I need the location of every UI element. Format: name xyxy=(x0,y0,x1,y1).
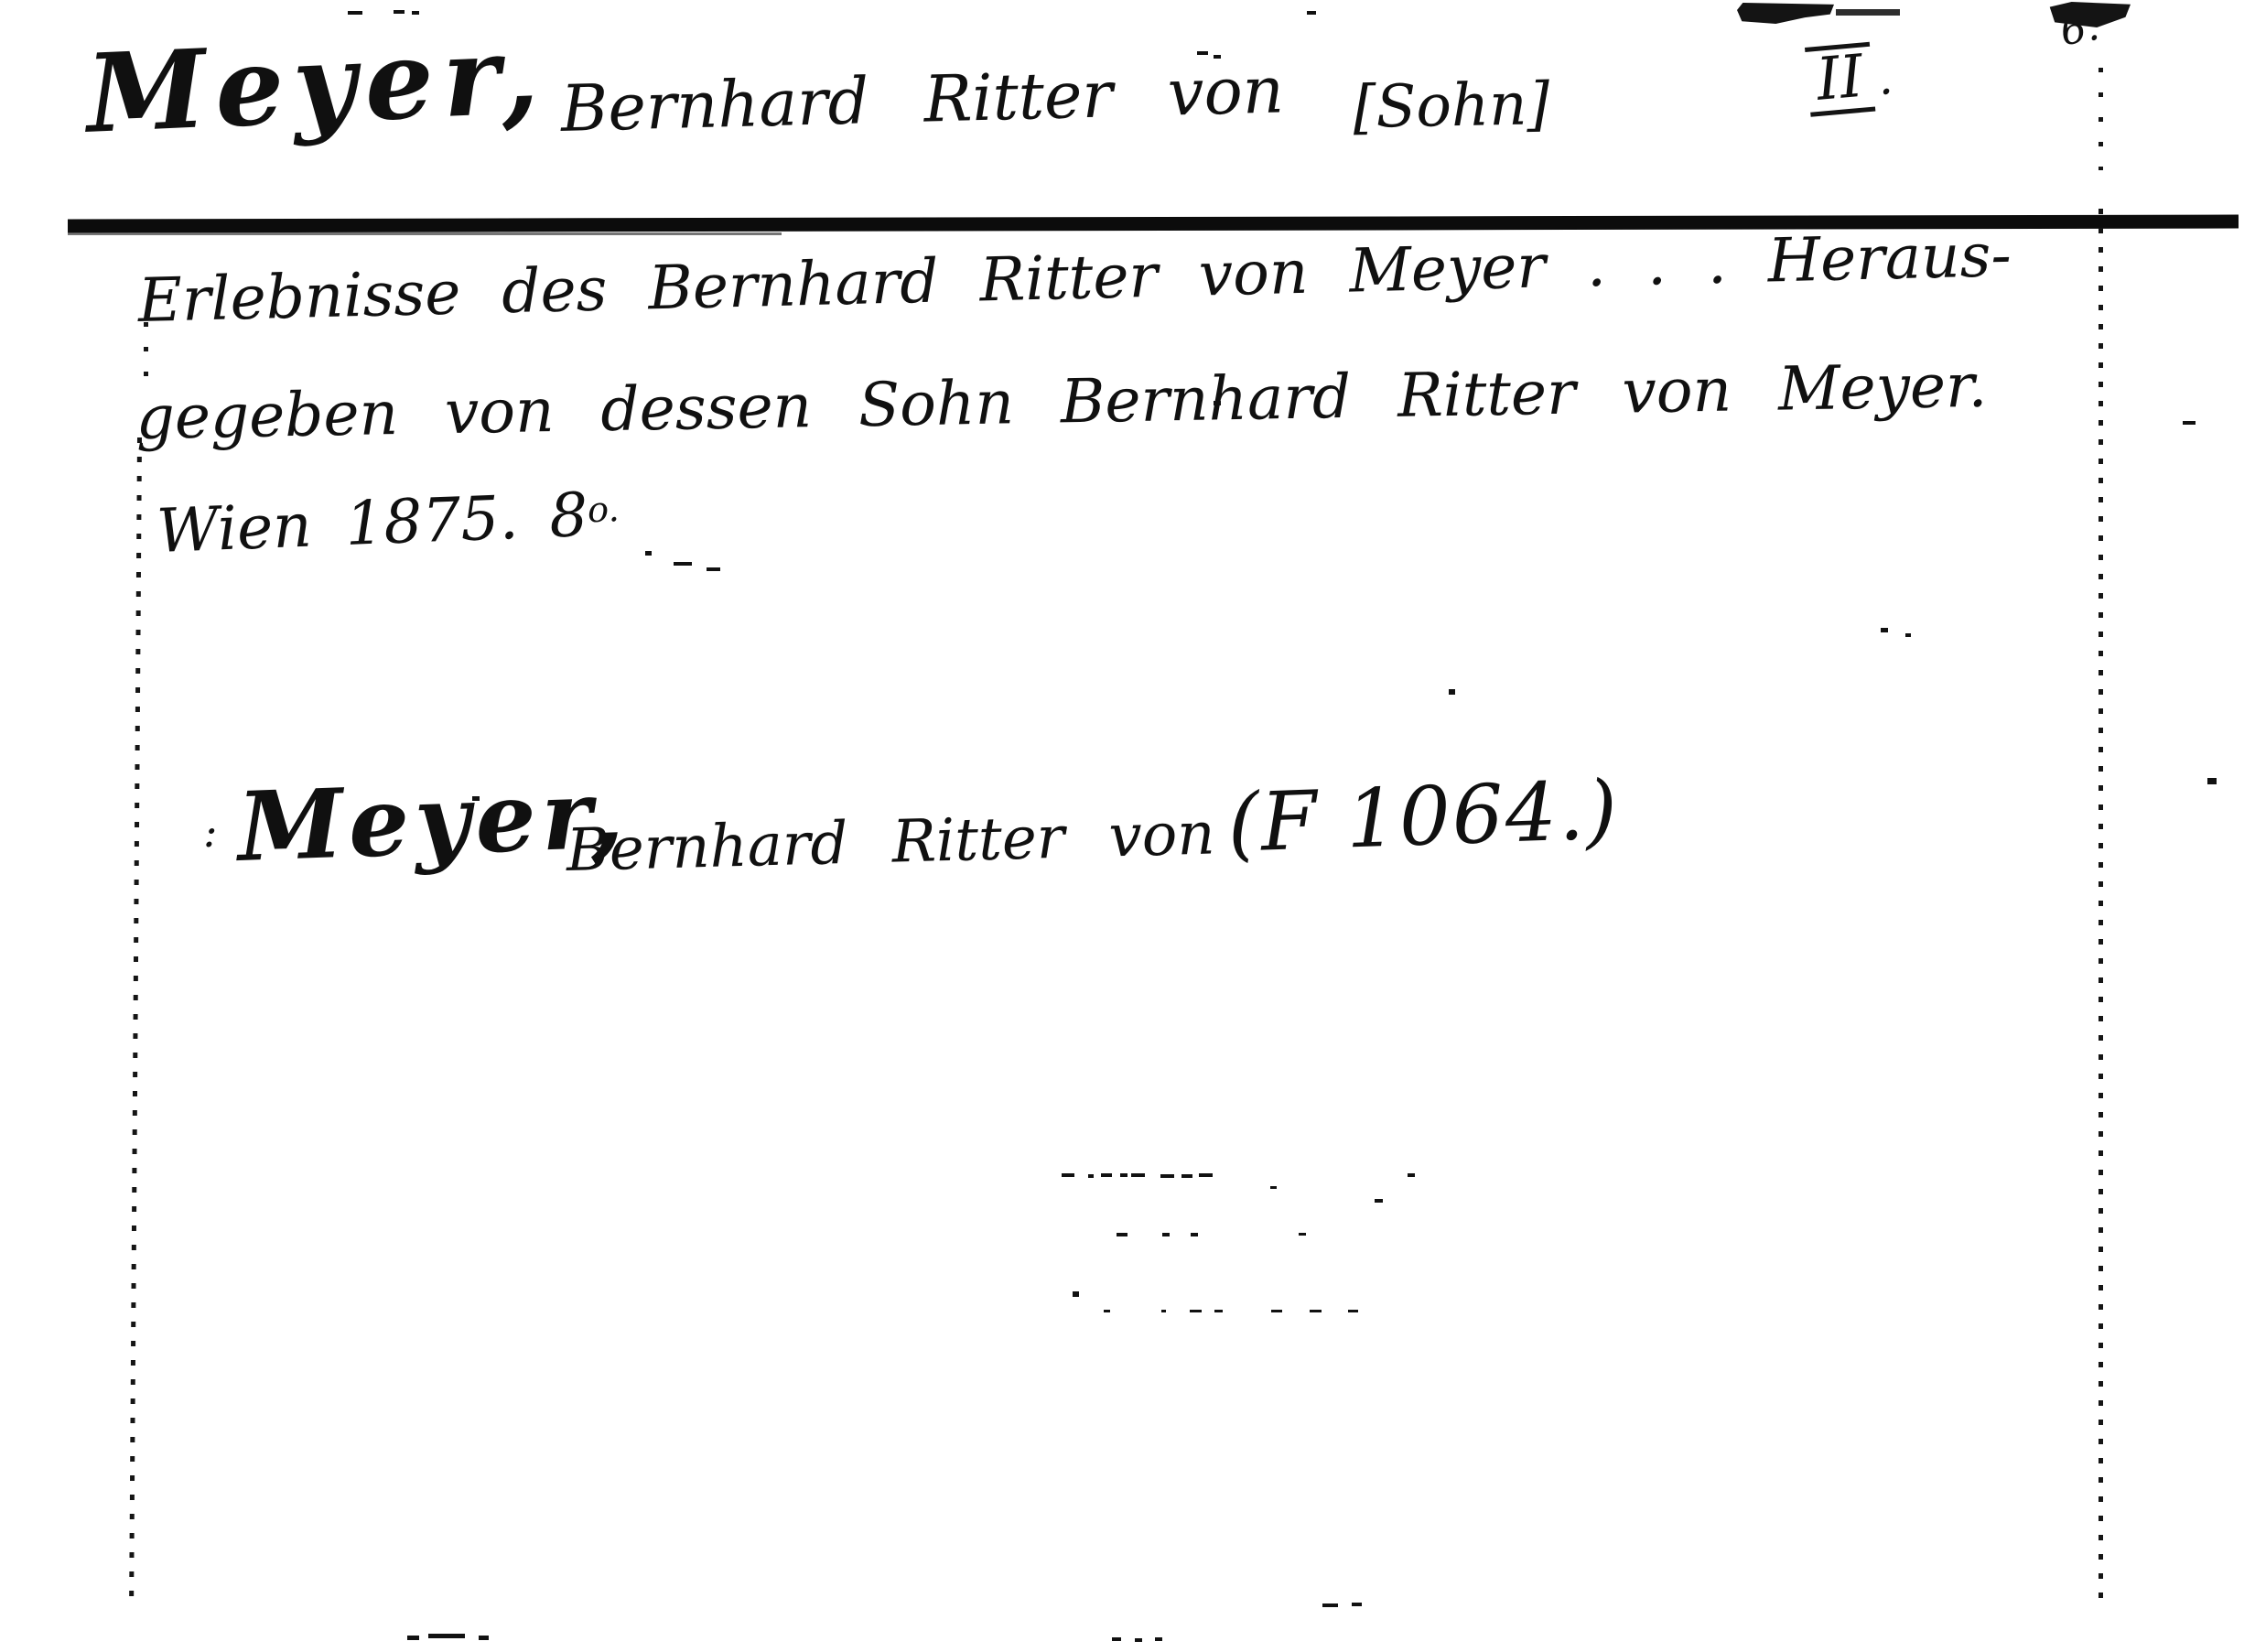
entry-imprint-line: Wien 1875.8o. xyxy=(156,484,620,562)
left-margin-dotted-line-upper xyxy=(144,322,148,395)
noise-mark xyxy=(1214,1310,1223,1312)
noise-mark xyxy=(1348,1310,1358,1312)
right-margin-dotted-line xyxy=(2099,209,2103,1609)
entry-title-line-2: gegeben von dessen Sohn Bernhard Ritter … xyxy=(135,356,1988,448)
noise-mark xyxy=(1299,1233,1306,1236)
noise-mark xyxy=(1199,1173,1213,1177)
imprint-format-ordinal: o. xyxy=(587,489,620,531)
noise-mark xyxy=(1310,1310,1322,1312)
noise-mark xyxy=(1101,1173,1112,1177)
right-margin-dotted-line-upper xyxy=(2099,68,2103,170)
noise-mark xyxy=(1352,1603,1362,1606)
imprint-place-date: Wien 1875. xyxy=(156,482,520,567)
noise-mark xyxy=(1270,1186,1277,1189)
noise-mark xyxy=(1214,55,1221,59)
noise-mark xyxy=(412,11,419,15)
header-rule-echo xyxy=(68,232,782,235)
noise-mark xyxy=(1449,689,1455,695)
noise-mark xyxy=(1131,1173,1145,1177)
noise-mark xyxy=(1322,1603,1338,1607)
noise-mark xyxy=(1120,1173,1127,1177)
heading-given-names: Bernhard Ritter von xyxy=(560,58,1285,141)
noise-mark xyxy=(1881,628,1888,632)
noise-mark xyxy=(472,796,480,801)
noise-mark xyxy=(1181,1174,1192,1178)
noise-mark xyxy=(407,1636,419,1640)
noise-mark xyxy=(1161,1310,1166,1312)
noise-mark xyxy=(1271,1310,1282,1312)
noise-mark xyxy=(2183,421,2196,425)
catalogue-card: Meyer, Bernhard Ritter von [Sohn] II. 6.… xyxy=(0,0,2255,1652)
noise-mark xyxy=(1062,1173,1074,1177)
cross-ref-ditto-mark: : xyxy=(203,811,218,853)
noise-mark xyxy=(1160,1174,1174,1178)
volume-number: II. xyxy=(1805,40,1895,117)
noise-mark xyxy=(2207,778,2217,784)
noise-mark xyxy=(428,1634,465,1638)
noise-mark xyxy=(707,567,720,571)
noise-mark xyxy=(1155,1637,1162,1641)
noise-mark xyxy=(1191,1233,1198,1236)
noise-mark xyxy=(1905,633,1911,637)
left-margin-dotted-line xyxy=(129,437,142,1598)
noise-mark xyxy=(1197,51,1208,55)
noise-mark xyxy=(1112,1637,1121,1641)
noise-mark xyxy=(1104,1310,1110,1312)
noise-mark xyxy=(1135,1638,1142,1642)
noise-mark xyxy=(1117,1233,1127,1236)
volume-numeral: II xyxy=(1805,42,1875,117)
noise-mark xyxy=(348,11,362,15)
noise-mark xyxy=(674,562,692,566)
noise-mark xyxy=(479,1636,489,1640)
noise-mark xyxy=(394,10,405,14)
heading-bracket-annotation: [Sohn] xyxy=(1353,75,1550,137)
noise-mark xyxy=(1162,1233,1170,1236)
noise-mark xyxy=(1214,401,1221,405)
cross-ref-given-names: Bernhard Ritter von xyxy=(566,804,1215,880)
volume-numeral-period: . xyxy=(1875,51,1894,105)
noise-mark xyxy=(1408,1173,1415,1177)
noise-mark xyxy=(1307,11,1316,15)
noise-mark xyxy=(1190,1310,1202,1312)
imprint-format-number: 8 xyxy=(548,480,589,552)
noise-mark xyxy=(645,551,652,556)
cross-ref-shelfmark: (F 1064.) xyxy=(1226,770,1620,864)
noise-mark xyxy=(1375,1199,1383,1203)
scan-smudge-top-1 xyxy=(1737,3,1834,24)
heading-surname: Meyer, xyxy=(84,20,550,148)
noise-mark xyxy=(1088,1174,1094,1178)
scan-smudge-top-1-tail xyxy=(1836,9,1900,16)
entry-title-line-1: Erlebnisse des Bernhard Ritter von Meyer… xyxy=(137,225,2012,331)
noise-mark xyxy=(1073,1291,1079,1297)
